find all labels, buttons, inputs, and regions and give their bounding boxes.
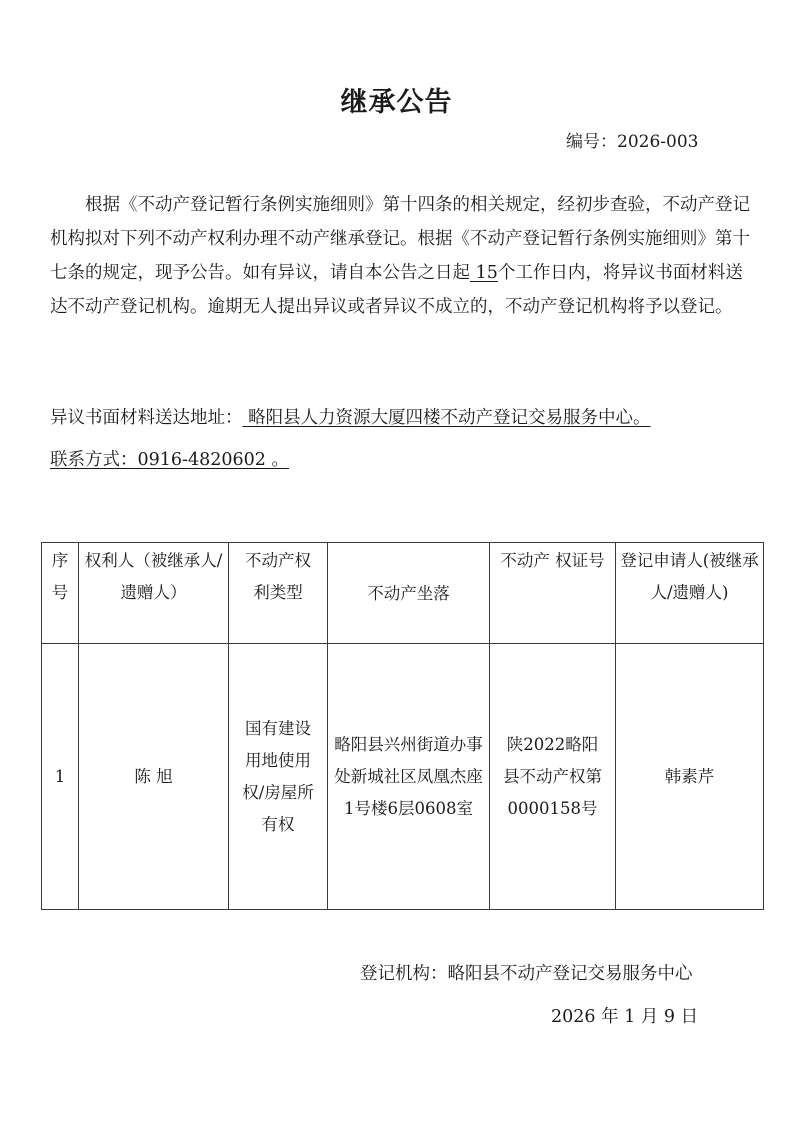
objection-days: 15	[470, 263, 498, 283]
cell-location: 略阳县兴州街道办事处新城社区凤凰杰座1号楼6层0608室	[328, 644, 490, 910]
notice-body: 根据《不动产登记暂行条例实施细则》第十四条的相关规定，经初步查验，不动产登记机构…	[50, 188, 750, 324]
cell-index: 1	[42, 644, 79, 910]
inheritance-table: 序号 权利人（被继承人/遗赠人） 不动产权利类型 不动产坐落 不动产 权证号 登…	[41, 542, 764, 910]
header-applicant: 登记申请人(被继承人/遗赠人)	[616, 543, 764, 644]
objection-address-value: 略阳县人力资源大厦四楼不动产登记交易服务中心。	[243, 408, 651, 428]
registration-authority: 登记机构：略阳县不动产登记交易服务中心	[360, 960, 693, 985]
header-certificate: 不动产 权证号	[490, 543, 616, 644]
header-right-type: 不动产权利类型	[229, 543, 328, 644]
header-location: 不动产坐落	[328, 543, 490, 644]
objection-address-label: 异议书面材料送达地址：	[50, 408, 243, 428]
notice-date: 2026 年 1 月 9 日	[551, 1003, 698, 1028]
cell-certificate: 陕2022略阳县不动产权第0000158号	[490, 644, 616, 910]
document-number: 编号：2026-003	[566, 127, 698, 152]
header-index: 序号	[42, 543, 79, 644]
table-row: 1 陈 旭 国有建设用地使用权/房屋所有权 略阳县兴州街道办事处新城社区凤凰杰座…	[42, 644, 764, 910]
cell-holder: 陈 旭	[79, 644, 229, 910]
contact-info: 联系方式：0916-4820602 。	[50, 446, 289, 471]
cell-applicant: 韩素芹	[616, 644, 764, 910]
table-header-row: 序号 权利人（被继承人/遗赠人） 不动产权利类型 不动产坐落 不动产 权证号 登…	[42, 543, 764, 644]
objection-address: 异议书面材料送达地址： 略阳县人力资源大厦四楼不动产登记交易服务中心。	[50, 404, 651, 429]
cell-right-type: 国有建设用地使用权/房屋所有权	[229, 644, 328, 910]
header-holder: 权利人（被继承人/遗赠人）	[79, 543, 229, 644]
page-title: 继承公告	[0, 80, 793, 119]
